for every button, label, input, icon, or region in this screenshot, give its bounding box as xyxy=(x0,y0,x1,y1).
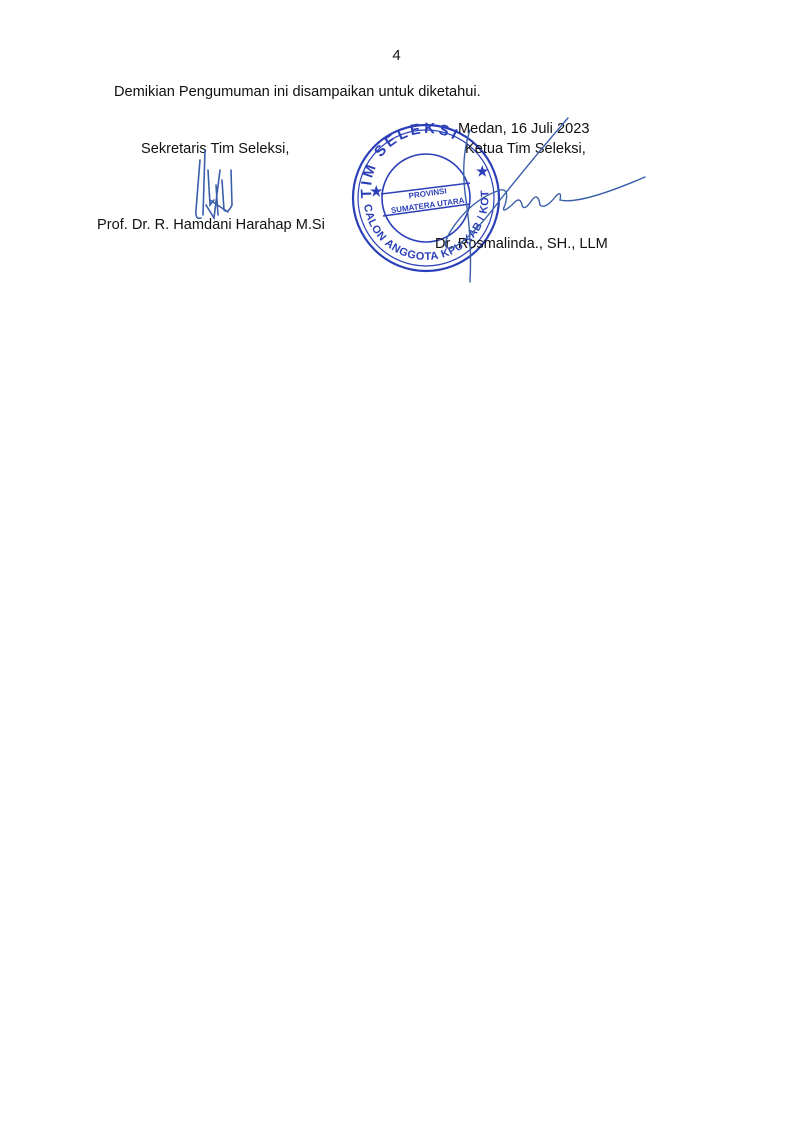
chair-signature xyxy=(445,118,645,282)
signatures-ink xyxy=(0,0,793,1122)
secretary-signature xyxy=(196,150,232,218)
